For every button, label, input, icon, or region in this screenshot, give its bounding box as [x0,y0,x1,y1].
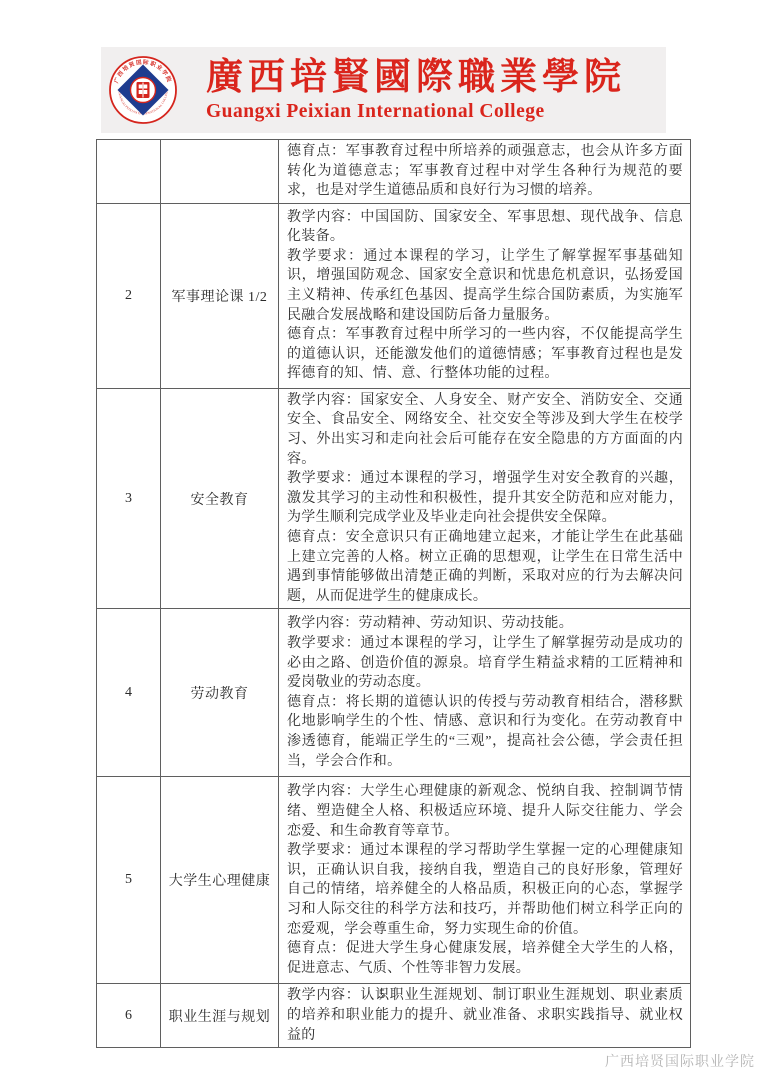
footer-watermark: 广西培贤国际职业学院 [605,1051,755,1071]
row-number: 5 [97,777,161,984]
row-number: 2 [97,203,161,388]
course-content: 德育点：军事教育过程中所培养的顽强意志，也会从许多方面转化为道德意志；军事教育过… [279,140,691,204]
course-name: 军事理论课 1/2 [161,203,279,388]
document-page: 广西培贤国际职业学院 GUANGXI PEIXIAN INTERNATIONAL… [0,0,764,1080]
college-name-en: Guangxi Peixian International College [206,100,545,124]
course-name: 劳动教育 [161,609,279,777]
course-content: 教学内容：劳动精神、劳动知识、劳动技能。 教学要求：通过本课程的学习，让学生了解… [279,609,691,777]
course-table: 德育点：军事教育过程中所培养的顽强意志，也会从许多方面转化为道德意志；军事教育过… [96,139,691,1048]
course-content: 教学内容：大学生心理健康的新观念、悦纳自我、控制调节情绪、塑造健全人格、积极适应… [279,777,691,984]
table-row: 德育点：军事教育过程中所培养的顽强意志，也会从许多方面转化为道德意志；军事教育过… [97,140,691,204]
course-name: 大学生心理健康 [161,777,279,984]
college-titles: 廣西培賢國際職業學院 Guangxi Peixian International… [206,56,666,124]
course-name: 安全教育 [161,388,279,609]
row-number: 3 [97,388,161,609]
row-number [97,140,161,204]
table-row: 3 安全教育 教学内容：国家安全、人身安全、财产安全、消防安全、交通安全、食品安… [97,388,691,609]
college-name-zh: 廣西培賢國際職業學院 [206,56,626,100]
course-content: 教学内容：国家安全、人身安全、财产安全、消防安全、交通安全、食品安全、网络安全、… [279,388,691,609]
course-name [161,140,279,204]
table-row: 4 劳动教育 教学内容：劳动精神、劳动知识、劳动技能。 教学要求：通过本课程的学… [97,609,691,777]
college-header-banner: 广西培贤国际职业学院 GUANGXI PEIXIAN INTERNATIONAL… [101,47,666,133]
college-logo-icon: 广西培贤国际职业学院 GUANGXI PEIXIAN INTERNATIONAL… [108,55,178,125]
course-content: 教学内容：中国国防、国家安全、军事思想、现代战争、信息化装备。 教学要求：通过本… [279,203,691,388]
table-row: 2 军事理论课 1/2 教学内容：中国国防、国家安全、军事思想、现代战争、信息化… [97,203,691,388]
page-number: 5 [0,986,764,1002]
row-number: 4 [97,609,161,777]
table-row: 5 大学生心理健康 教学内容：大学生心理健康的新观念、悦纳自我、控制调节情绪、塑… [97,777,691,984]
